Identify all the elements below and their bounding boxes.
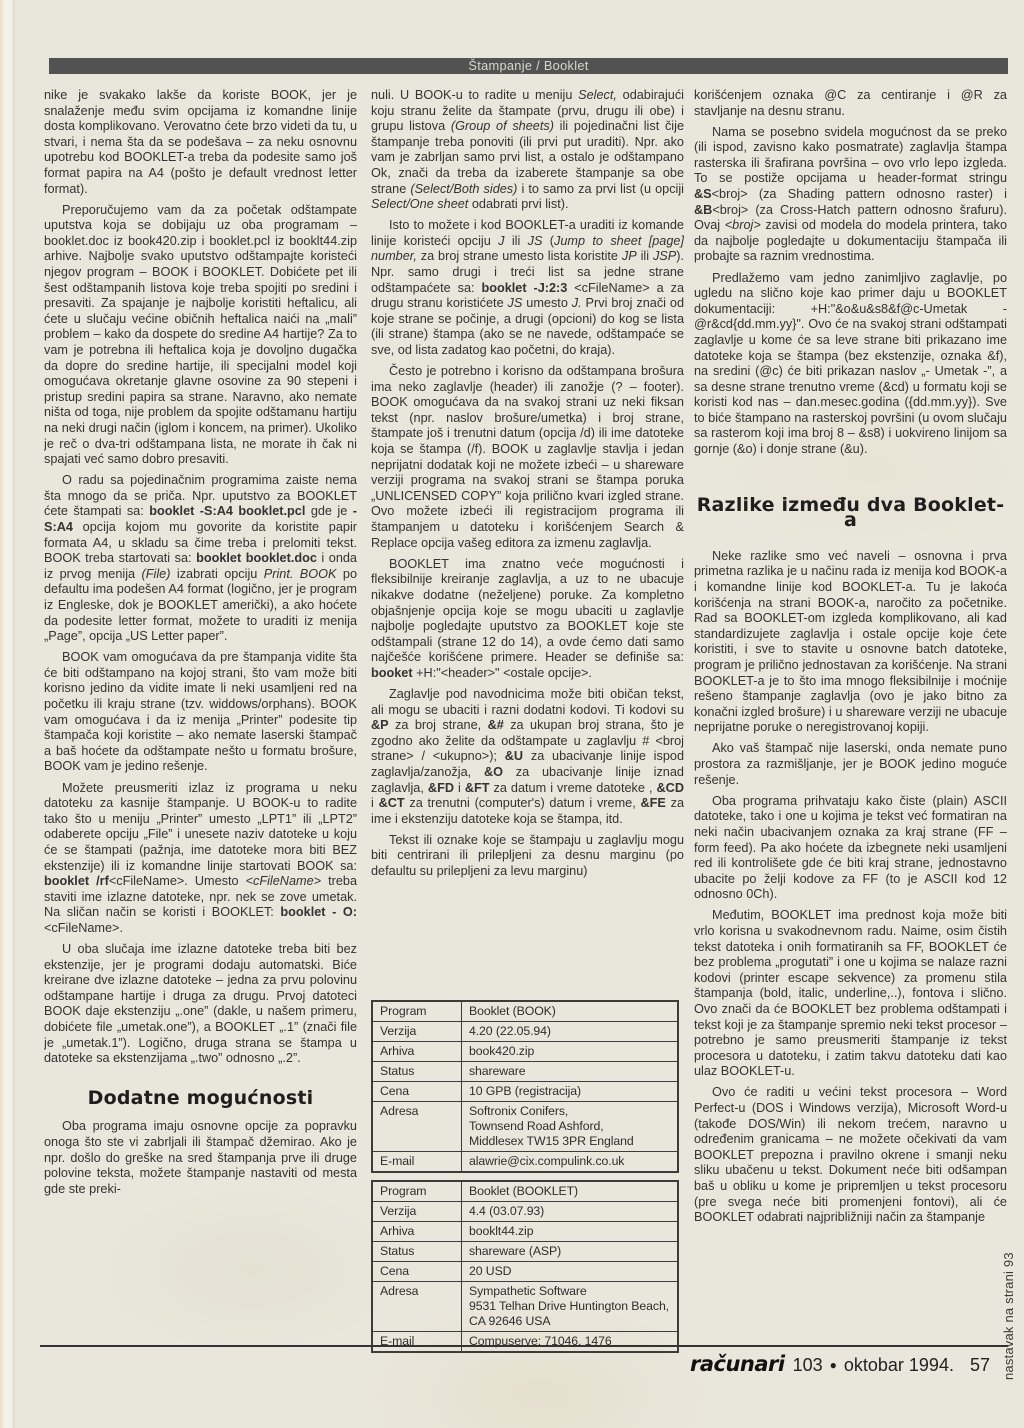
row-value: 20 USD (462, 1262, 679, 1282)
paragraph: O radu sa pojedinačnim programima zaiste… (44, 473, 357, 645)
row-label: Cena (372, 1082, 462, 1102)
row-value: 4.4 (03.07.93) (462, 1202, 679, 1222)
row-label: Verzija (372, 1022, 462, 1042)
row-value: shareware (462, 1062, 679, 1082)
table-row: AdresaSympathetic Software 9531 Telhan D… (372, 1282, 678, 1332)
table-row: Arhivabooklt44.zip (372, 1222, 678, 1242)
row-value: booklt44.zip (462, 1222, 679, 1242)
page-number: 57 (970, 1355, 990, 1375)
row-label: Cena (372, 1262, 462, 1282)
row-label: Program (372, 1181, 462, 1202)
row-label: Program (372, 1001, 462, 1022)
row-label: Status (372, 1062, 462, 1082)
table-row: Statusshareware (ASP) (372, 1242, 678, 1262)
section-heading-razlike: Razlike između dva Booklet-a (694, 498, 1007, 529)
paragraph: Isto to možete i kod BOOKLET-a uraditi i… (371, 218, 684, 358)
paragraph: Oba programa imaju osnovne opcije za pop… (44, 1119, 357, 1197)
paragraph: Možete preusmeriti izlaz iz programa u n… (44, 781, 357, 937)
row-label: Adresa (372, 1102, 462, 1152)
paragraph: Neke razlike smo već naveli – osnovna i … (694, 549, 1007, 736)
row-label: Status (372, 1242, 462, 1262)
page-header-bar: Štampanje / Booklet (49, 58, 1008, 74)
issue-number: 103 (793, 1355, 823, 1375)
magazine-logo: računari (690, 1352, 785, 1376)
column-1: nike je svakako lakše da koriste BOOK, j… (44, 88, 357, 1340)
page-footer: računari103●oktobar 1994.57 (40, 1345, 1008, 1376)
header-bar-title: Štampanje / Booklet (468, 58, 588, 73)
paragraph: Predlažemo vam jedno zanimljivo zaglavlj… (694, 271, 1007, 458)
row-value: shareware (ASP) (462, 1242, 679, 1262)
table-row: Verzija4.20 (22.05.94) (372, 1022, 678, 1042)
table-row: AdresaSoftronix Conifers, Townsend Road … (372, 1102, 678, 1152)
program-table-book: ProgramBooklet (BOOK) Verzija4.20 (22.05… (371, 1000, 679, 1173)
paragraph: Tekst ili oznake koje se štampaju u zagl… (371, 833, 684, 880)
section-heading-dodatne-mogucnosti: Dodatne mogućnosti (44, 1091, 357, 1107)
row-label: E-mail (372, 1152, 462, 1173)
table-row: Cena20 USD (372, 1262, 678, 1282)
column-2: nuli. U BOOK-u to radite u meniju Select… (371, 88, 684, 993)
row-label: Arhiva (372, 1222, 462, 1242)
row-value: Booklet (BOOKLET) (462, 1181, 679, 1202)
table-row: ProgramBooklet (BOOK) (372, 1001, 678, 1022)
row-label: Verzija (372, 1202, 462, 1222)
paragraph: U oba slučaja ime izlazne datoteke treba… (44, 942, 357, 1067)
table-row: Verzija4.4 (03.07.93) (372, 1202, 678, 1222)
paragraph: Nama se posebno svidela mogućnost da se … (694, 125, 1007, 265)
row-value: book420.zip (462, 1042, 679, 1062)
table-row: Statusshareware (372, 1062, 678, 1082)
row-value: Booklet (BOOK) (462, 1001, 679, 1022)
program-table-booklet: ProgramBooklet (BOOKLET) Verzija4.4 (03.… (371, 1180, 679, 1353)
row-label: Arhiva (372, 1042, 462, 1062)
table-row: Arhivabook420.zip (372, 1042, 678, 1062)
paragraph: korišćenjem oznaka @C za centiranje i @R… (694, 88, 1007, 119)
row-value: 10 GPB (registracija) (462, 1082, 679, 1102)
table-row: E-mailalawrie@cix.compulink.co.uk (372, 1152, 678, 1173)
paragraph: Međutim, BOOKLET ima prednost koja može … (694, 908, 1007, 1080)
footer-date: oktobar 1994. (844, 1355, 954, 1375)
row-label: Adresa (372, 1282, 462, 1332)
paragraph: nike je svakako lakše da koriste BOOK, j… (44, 88, 357, 197)
paragraph: nuli. U BOOK-u to radite u meniju Select… (371, 88, 684, 213)
paragraph: Ovo će raditi u većini tekst procesora –… (694, 1085, 1007, 1225)
page-edge (0, 0, 15, 1428)
column-3: korišćenjem oznaka @C za centiranje i @R… (694, 88, 1007, 1340)
table-row: ProgramBooklet (BOOKLET) (372, 1181, 678, 1202)
paragraph: BOOKLET ima znatno veće mogućnosti i fle… (371, 557, 684, 682)
paragraph: Zaglavlje pod navodnicima može biti obič… (371, 687, 684, 827)
row-value: Softronix Conifers, Townsend Road Ashfor… (462, 1102, 679, 1152)
paragraph: Često je potrebno i korisno da odštampan… (371, 364, 684, 551)
row-value: Sympathetic Software 9531 Telhan Drive H… (462, 1282, 679, 1332)
paragraph: Oba programa prihvataju kako čiste (plai… (694, 794, 1007, 903)
paragraph: Ako vaš štampač nije laserski, onda nema… (694, 741, 1007, 788)
paragraph: Preporučujemo vam da za početak odštampa… (44, 203, 357, 468)
row-value: alawrie@cix.compulink.co.uk (462, 1152, 679, 1173)
row-value: 4.20 (22.05.94) (462, 1022, 679, 1042)
table-row: Cena10 GPB (registracija) (372, 1082, 678, 1102)
bullet-separator: ● (830, 1358, 837, 1372)
paragraph: BOOK vam omogućava da pre štampanja vidi… (44, 650, 357, 775)
